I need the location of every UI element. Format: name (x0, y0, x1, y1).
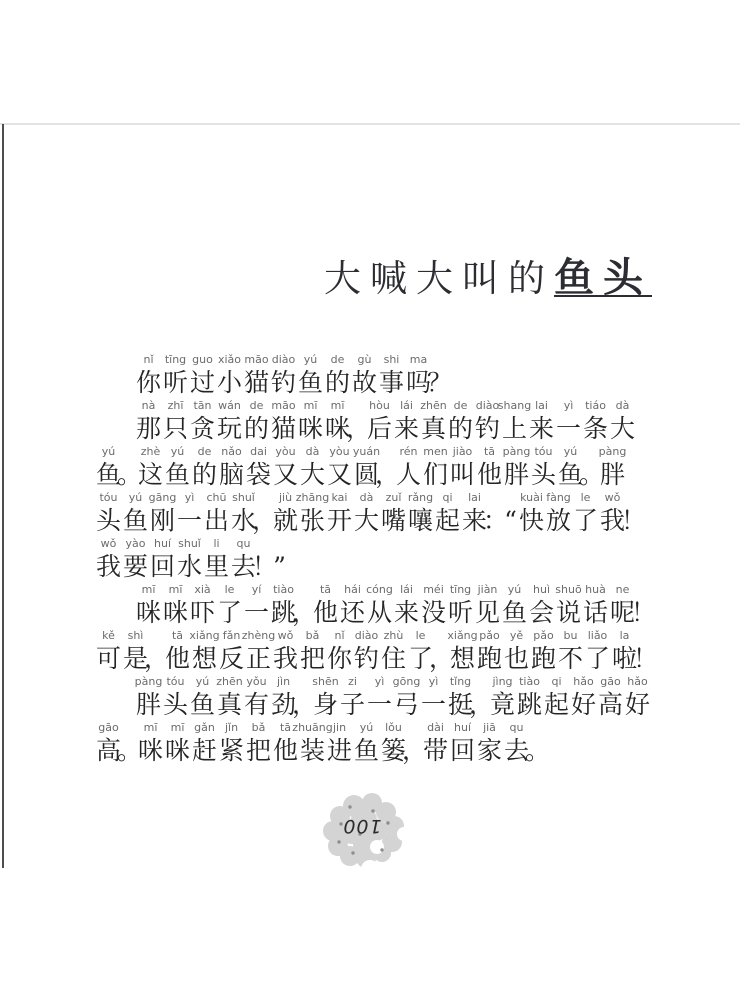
hanzi-text: 出 (204, 505, 229, 536)
hanzi-text: 一 (367, 689, 392, 720)
hanzi-cell: pàng胖 (503, 445, 530, 490)
hanzi-cell: gāo高 (597, 675, 624, 720)
hanzi-cell: lái来 (393, 583, 420, 628)
hanzi-text: 鱼 (123, 505, 148, 536)
hanzi-cell: lai来 (528, 399, 555, 444)
hanzi-text: “ (504, 505, 517, 536)
pinyin-text: fàng (546, 491, 571, 505)
title-highlight: 鱼头 (554, 254, 652, 301)
pinyin-text: bu (564, 629, 578, 643)
hanzi-cell: mī咪 (164, 721, 191, 766)
punct-cell: 。 (122, 445, 137, 490)
pinyin-text: zhèng (242, 629, 275, 643)
punct-cell: ！ (626, 491, 641, 536)
pinyin-text: tóu (534, 445, 552, 459)
hanzi-text: 胖 (600, 459, 625, 490)
page-title: 大喊大叫的鱼头 (324, 252, 652, 305)
hanzi-cell: men们 (422, 445, 449, 490)
pinyin-text: tóu (99, 491, 117, 505)
hanzi-text: 子 (340, 689, 365, 720)
pinyin-text: xiǎng (447, 629, 477, 643)
hanzi-cell: tā他 (476, 445, 503, 490)
hanzi-text: 你 (136, 367, 161, 398)
hanzi-cell: jiàn见 (474, 583, 501, 628)
hanzi-text: 的 (244, 413, 269, 444)
hanzi-text: 鱼 (298, 367, 323, 398)
pinyin-text: méi (423, 583, 444, 597)
punct-cell: ， (474, 675, 489, 720)
hanzi-text: 们 (423, 459, 448, 490)
pinyin-text: dai (250, 445, 267, 459)
hanzi-cell: yào要 (122, 537, 149, 582)
hanzi-cell: yú鱼 (122, 491, 149, 536)
hanzi-text: 我 (96, 551, 121, 582)
pinyin-text: bǎ (306, 629, 320, 643)
pinyin-text: tā (280, 721, 291, 735)
pinyin-text: yuán (353, 445, 380, 459)
hanzi-cell: rén人 (395, 445, 422, 490)
pinyin-text: shì (128, 629, 144, 643)
hanzi-text: 弓 (394, 689, 419, 720)
hanzi-text: 里 (204, 551, 229, 582)
pinyin-text: wán (218, 399, 241, 413)
text-line: mī咪mī咪xià吓le了yí一tiào跳，tā他hái还cóng从lái来mé… (95, 582, 670, 628)
pinyin-text: le (416, 629, 426, 643)
pinyin-text: yú (508, 583, 521, 597)
hanzi-text: 猫 (271, 413, 296, 444)
title-prefix: 大喊大叫的 (324, 257, 554, 300)
hanzi-text: 话 (583, 597, 608, 628)
hanzi-text: 猫 (244, 367, 269, 398)
pinyin-text: gōng (393, 675, 421, 689)
pinyin-text: māo (271, 399, 295, 413)
hanzi-cell: fàng放 (545, 491, 572, 536)
hanzi-text: 又 (327, 459, 352, 490)
punct-cell: ， (380, 445, 395, 490)
hanzi-text: 他 (273, 735, 298, 766)
hanzi-text: 脑 (219, 459, 244, 490)
hanzi-cell: gōng弓 (393, 675, 420, 720)
hanzi-cell: shi事 (378, 353, 405, 398)
hanzi-cell: yí一 (243, 583, 270, 628)
hanzi-text: 他 (313, 597, 338, 628)
hanzi-cell: māo猫 (243, 353, 270, 398)
hanzi-cell: tīng听 (447, 583, 474, 628)
hanzi-text: 好 (625, 689, 650, 720)
hanzi-text: ！ (633, 643, 658, 674)
pinyin-text: gù (358, 353, 372, 367)
hanzi-cell: tān贪 (189, 399, 216, 444)
hanzi-text: 了 (573, 505, 598, 536)
hanzi-cell: xiǎng想 (449, 629, 476, 674)
hanzi-cell: kě可 (95, 629, 122, 674)
hanzi-cell: dai袋 (245, 445, 272, 490)
hanzi-text: 的 (448, 413, 473, 444)
hanzi-cell: diào钓 (270, 353, 297, 398)
hanzi-text: 跑 (531, 643, 556, 674)
hanzi-text: 嘴 (381, 505, 406, 536)
hanzi-text: 你 (327, 643, 352, 674)
pinyin-text: tā (484, 445, 495, 459)
hanzi-cell: gǎn赶 (191, 721, 218, 766)
hanzi-cell: le了 (216, 583, 243, 628)
pinyin-text: wǒ (101, 537, 117, 551)
hanzi-cell: xiǎng想 (191, 629, 218, 674)
text-line: yú鱼。zhè这yú鱼de的nǎo脑dai袋yòu又dà大yòu又yuán圆，r… (95, 444, 670, 490)
pinyin-text: kai (332, 491, 348, 505)
pinyin-text: ne (616, 583, 630, 597)
hanzi-text: 真 (217, 689, 242, 720)
hanzi-cell: jǐn紧 (218, 721, 245, 766)
pinyin-text: yí (252, 583, 262, 597)
hanzi-cell: zhuāng装 (299, 721, 326, 766)
hanzi-text: 的 (325, 367, 350, 398)
pinyin-text: le (581, 491, 591, 505)
pinyin-text: lǒu (385, 721, 402, 735)
hanzi-cell: zi子 (339, 675, 366, 720)
hanzi-cell: huì会 (528, 583, 555, 628)
hanzi-text: 袋 (246, 459, 271, 490)
hanzi-text: 会 (529, 597, 554, 628)
hanzi-cell: hòu后 (366, 399, 393, 444)
pinyin-text: zuǐ (386, 491, 402, 505)
hanzi-text: 来 (394, 413, 419, 444)
pinyin-text: zi (348, 675, 357, 689)
hanzi-cell: yú鱼 (164, 445, 191, 490)
pinyin-text: chū (207, 491, 227, 505)
pinyin-text: yòu (329, 445, 349, 459)
pinyin-text: māo (244, 353, 268, 367)
text-block: nǐ你tīng听guo过xiǎo小māo猫diào钓yú鱼de的gù故shi事m… (95, 352, 670, 766)
pinyin-text: hǎo (627, 675, 647, 689)
pinyin-text: shuō (555, 583, 581, 597)
pinyin-text: rén (399, 445, 417, 459)
hanzi-cell: xià吓 (189, 583, 216, 628)
hanzi-text: 咪 (138, 735, 163, 766)
hanzi-cell: méi没 (420, 583, 447, 628)
page-number-stamp: 100 (320, 790, 412, 878)
pinyin-text: zhī (168, 399, 184, 413)
hanzi-cell: zhè这 (137, 445, 164, 490)
hanzi-cell: qi起 (434, 491, 461, 536)
hanzi-text: 紧 (219, 735, 244, 766)
hanzi-text: 鱼 (190, 689, 215, 720)
hanzi-text: 来 (394, 597, 419, 628)
hanzi-text: 赶 (192, 735, 217, 766)
hanzi-text: 后 (367, 413, 392, 444)
pinyin-text: liǎo (588, 629, 608, 643)
hanzi-text: 上 (502, 413, 527, 444)
punct-cell: 。 (122, 721, 137, 766)
pinyin-text: kě (102, 629, 115, 643)
pinyin-text: yú (564, 445, 577, 459)
hanzi-cell: xiǎo小 (216, 353, 243, 398)
pinyin-text: hǎo (573, 675, 593, 689)
hanzi-cell: shuǐ水 (176, 537, 203, 582)
hanzi-text: 玩 (217, 413, 242, 444)
pinyin-text: dà (360, 491, 374, 505)
pinyin-text: cóng (366, 583, 393, 597)
hanzi-text: 头 (531, 459, 556, 490)
punct-cell: ， (149, 629, 164, 674)
hanzi-cell: shēn身 (312, 675, 339, 720)
hanzi-text: 快 (519, 505, 544, 536)
hanzi-text: 放 (546, 505, 571, 536)
hanzi-text: 反 (219, 643, 244, 674)
hanzi-text: ？ (427, 367, 452, 398)
hanzi-cell: bu不 (557, 629, 584, 674)
pinyin-text: ma (410, 353, 427, 367)
hanzi-cell: cóng从 (366, 583, 393, 628)
hanzi-text: 咪 (298, 413, 323, 444)
pinyin-text: pàng (135, 675, 163, 689)
pinyin-text: gāng (149, 491, 177, 505)
pinyin-text: qu (237, 537, 251, 551)
hanzi-text: 大 (354, 505, 379, 536)
hanzi-cell: bǎ把 (245, 721, 272, 766)
pinyin-text: mī (331, 399, 345, 413)
hanzi-text: 一 (556, 413, 581, 444)
hanzi-cell: kai开 (326, 491, 353, 536)
pinyin-text: diào (355, 629, 379, 643)
pinyin-text: yì (564, 399, 574, 413)
hanzi-text: 要 (123, 551, 148, 582)
hanzi-text: 刚 (150, 505, 175, 536)
pinyin-text: yì (185, 491, 195, 505)
hanzi-cell: yú鱼 (501, 583, 528, 628)
pinyin-text: tīng (450, 583, 471, 597)
hanzi-text: 大 (610, 413, 635, 444)
punct-cell: ！ (638, 629, 653, 674)
text-line: tóu头yú鱼gāng刚yì一chū出shuǐ水，jiù就zhāng张kai开d… (95, 490, 670, 536)
pinyin-text: pàng (599, 445, 627, 459)
hanzi-text: 大 (300, 459, 325, 490)
hanzi-text: ” (273, 551, 286, 582)
hanzi-text: 带 (423, 735, 448, 766)
pinyin-text: la (620, 629, 630, 643)
hanzi-cell: hǎo好 (624, 675, 651, 720)
pinyin-text: qi (551, 675, 561, 689)
pinyin-text: mī (144, 721, 158, 735)
hanzi-text: 那 (136, 413, 161, 444)
pinyin-text: jìng (492, 675, 512, 689)
pinyin-text: jǐn (225, 721, 238, 735)
hanzi-text: 开 (327, 505, 352, 536)
punct-cell: ： (488, 491, 503, 536)
pinyin-text: men (423, 445, 447, 459)
text-line: nà那zhī只tān贪wán玩de的māo猫mī咪mī咪，hòu后lái来zhē… (95, 398, 670, 444)
hanzi-cell: wán玩 (216, 399, 243, 444)
hanzi-cell: zuǐ嘴 (380, 491, 407, 536)
hanzi-text: 钓 (354, 643, 379, 674)
pinyin-text: pàng (503, 445, 531, 459)
hanzi-text: 鱼 (354, 735, 379, 766)
hanzi-text: 竟 (490, 689, 515, 720)
hanzi-text: 住 (381, 643, 406, 674)
hanzi-text: 回 (450, 735, 475, 766)
pinyin-text: kuài (520, 491, 543, 505)
pinyin-text: lai (468, 491, 481, 505)
pinyin-text: zhè (141, 445, 161, 459)
pinyin-text: gāo (98, 721, 118, 735)
pinyin-text: nǐ (143, 353, 153, 367)
hanzi-cell: yú鱼 (297, 353, 324, 398)
pinyin-text: huí (154, 537, 171, 551)
hanzi-text: 回 (150, 551, 175, 582)
pinyin-text: tān (193, 399, 211, 413)
hanzi-text: 跳 (517, 689, 542, 720)
hanzi-cell: wǒ我 (95, 537, 122, 582)
hanzi-text: 鱼 (502, 597, 527, 628)
pinyin-text: jiào (453, 445, 473, 459)
hanzi-cell: jiào叫 (449, 445, 476, 490)
pinyin-text: bǎ (252, 721, 266, 735)
pinyin-text: yì (429, 675, 439, 689)
hanzi-cell: mī咪 (297, 399, 324, 444)
hanzi-cell: huà话 (582, 583, 609, 628)
hanzi-text: 过 (190, 367, 215, 398)
text-line: gāo高。mī咪mī咪gǎn赶jǐn紧bǎ把tā他zhuāng装jin进yú鱼l… (95, 720, 670, 766)
hanzi-text: 还 (340, 597, 365, 628)
hanzi-cell: lái来 (393, 399, 420, 444)
pinyin-text: yú (102, 445, 115, 459)
hanzi-cell: pàng胖 (599, 445, 626, 490)
pinyin-text: xià (194, 583, 210, 597)
pinyin-text: de (331, 353, 345, 367)
hanzi-text: 又 (273, 459, 298, 490)
hanzi-cell: diào钓 (353, 629, 380, 674)
hanzi-text: 吓 (190, 597, 215, 628)
hanzi-cell: kuài快 (518, 491, 545, 536)
hanzi-cell: māo猫 (270, 399, 297, 444)
pinyin-text: nà (142, 399, 156, 413)
pinyin-text: lai (535, 399, 548, 413)
hanzi-cell: yě也 (503, 629, 530, 674)
pinyin-text: tóu (166, 675, 184, 689)
pinyin-text: yǒu (246, 675, 266, 689)
pinyin-text: gāo (600, 675, 620, 689)
hanzi-text: 说 (556, 597, 581, 628)
pinyin-text: qi (442, 491, 452, 505)
punct-cell: ， (297, 675, 312, 720)
hanzi-cell: nǐ你 (326, 629, 353, 674)
pinyin-text: diào (476, 399, 500, 413)
hanzi-cell: yì一 (176, 491, 203, 536)
pinyin-text: nǎo (221, 445, 241, 459)
hanzi-cell: hái还 (339, 583, 366, 628)
hanzi-cell: tóu头 (162, 675, 189, 720)
hanzi-text: 就 (273, 505, 298, 536)
hanzi-text: 胖 (136, 689, 161, 720)
hanzi-cell: jiā家 (476, 721, 503, 766)
hanzi-text: 他 (477, 459, 502, 490)
hanzi-text: 事 (379, 367, 404, 398)
punct-cell: 。 (584, 445, 599, 490)
hanzi-cell: dà大 (353, 491, 380, 536)
scan-rule-left (2, 124, 4, 868)
punct-cell: ！ (257, 537, 272, 582)
hanzi-text: 了 (585, 643, 610, 674)
pinyin-text: lái (400, 583, 413, 597)
hanzi-cell: jìng竟 (489, 675, 516, 720)
page-number: 100 (342, 815, 381, 837)
hanzi-text: 鱼 (165, 459, 190, 490)
hanzi-cell: de的 (191, 445, 218, 490)
text-line: pàng胖tóu头yú鱼zhēn真yǒu有jìn劲，shēn身zi子yì一gōn… (95, 674, 670, 720)
scan-rule-top (0, 123, 740, 125)
hanzi-cell: wǒ我 (272, 629, 299, 674)
hanzi-cell: dài带 (422, 721, 449, 766)
text-line: kě可shì是，tā他xiǎng想fǎn反zhèng正wǒ我bǎ把nǐ你diào… (95, 628, 670, 674)
hanzi-text: 可 (96, 643, 121, 674)
hanzi-text: 高 (598, 689, 623, 720)
pinyin-text: de (454, 399, 468, 413)
hanzi-text: 这 (138, 459, 163, 490)
hanzi-cell: liǎo了 (584, 629, 611, 674)
hanzi-text: 装 (300, 735, 325, 766)
hanzi-cell: shang上 (501, 399, 528, 444)
pinyin-text: le (225, 583, 235, 597)
pinyin-text: tiào (519, 675, 540, 689)
hanzi-text: 也 (504, 643, 529, 674)
hanzi-text: 起 (435, 505, 460, 536)
hanzi-cell: huí回 (449, 721, 476, 766)
pinyin-text: shi (384, 353, 400, 367)
pinyin-text: mī (171, 721, 185, 735)
pinyin-text: yì (375, 675, 385, 689)
hanzi-cell: yì一 (420, 675, 447, 720)
hanzi-text: 一 (421, 689, 446, 720)
punct-cell: ” (272, 537, 287, 582)
pinyin-text: yú (360, 721, 373, 735)
hanzi-cell: zhēn真 (420, 399, 447, 444)
hanzi-text: 人 (396, 459, 421, 490)
hanzi-cell: mī咪 (137, 721, 164, 766)
pinyin-text: fǎn (223, 629, 241, 643)
pinyin-text: yú (129, 491, 142, 505)
hanzi-text: 起 (544, 689, 569, 720)
pinyin-text: nǐ (334, 629, 344, 643)
pinyin-text: zhēn (420, 399, 447, 413)
hanzi-text: 想 (192, 643, 217, 674)
hanzi-cell: tiào跳 (516, 675, 543, 720)
pinyin-text: huà (585, 583, 606, 597)
pinyin-text: zhāng (296, 491, 329, 505)
pinyin-text: tā (320, 583, 331, 597)
hanzi-cell: gāng刚 (149, 491, 176, 536)
hanzi-text: 只 (163, 413, 188, 444)
hanzi-text: 不 (558, 643, 583, 674)
hanzi-text: 好 (571, 689, 596, 720)
hanzi-cell: huí回 (149, 537, 176, 582)
hanzi-text: 听 (163, 367, 188, 398)
pinyin-text: gǎn (194, 721, 215, 735)
hanzi-cell: zhù住 (380, 629, 407, 674)
hanzi-cell: de的 (324, 353, 351, 398)
pinyin-text: yú (196, 675, 209, 689)
pinyin-text: wǒ (605, 491, 621, 505)
hanzi-text: 头 (163, 689, 188, 720)
hanzi-cell: dà大 (299, 445, 326, 490)
hanzi-text: 没 (421, 597, 446, 628)
pinyin-text: dà (616, 399, 630, 413)
hanzi-cell: jin进 (326, 721, 353, 766)
hanzi-text: 了 (217, 597, 242, 628)
hanzi-cell: bǎ把 (299, 629, 326, 674)
hanzi-text: 从 (367, 597, 392, 628)
hanzi-text: 咪 (163, 597, 188, 628)
hanzi-cell: yú鱼 (353, 721, 380, 766)
